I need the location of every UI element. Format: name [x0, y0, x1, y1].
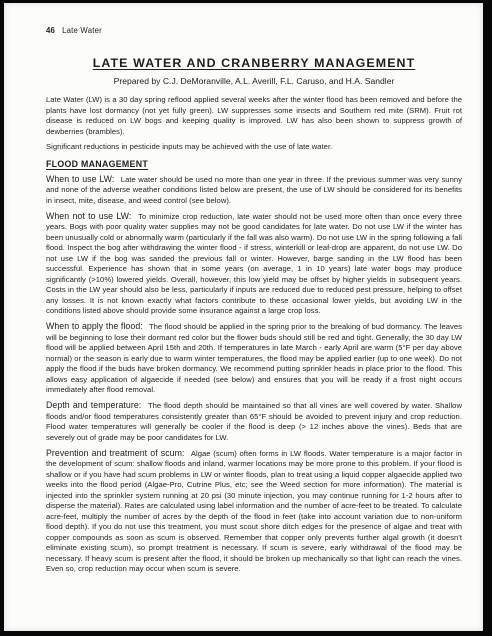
intro-paragraph: Late Water (LW) is a 30 day spring reflo…	[46, 95, 462, 137]
paragraph-lead: Prevention and treatment of scum:	[46, 448, 185, 458]
paragraph-when-to-use-lw: When to use LW: Late water should be use…	[46, 174, 462, 207]
chapter-title: Late Water	[62, 26, 102, 35]
paragraph-prevention-treatment-scum: Prevention and treatment of scum: Algae …	[46, 448, 462, 575]
paragraph-text: The flood should be applied in the sprin…	[46, 322, 462, 394]
section-heading-flood-management: FLOOD MANAGEMENT	[46, 159, 462, 169]
document-page: 46Late Water LATE WATER AND CRANBERRY MA…	[4, 3, 483, 631]
paragraph-lead: When not to use LW:	[46, 211, 131, 221]
paragraph-lead: When to apply the flood:	[46, 321, 143, 331]
scanned-page-background: 46Late Water LATE WATER AND CRANBERRY MA…	[0, 0, 492, 636]
document-title: LATE WATER AND CRANBERRY MANAGEMENT	[46, 56, 462, 70]
intro-paragraph: Significant reductions in pesticide inpu…	[46, 142, 462, 153]
paragraph-depth-and-temperature: Depth and temperature: The flood depth s…	[46, 400, 462, 443]
byline: Prepared by C.J. DeMoranville, A.L. Aver…	[46, 76, 462, 86]
page-header: 46Late Water	[46, 26, 462, 35]
paragraph-text: To minimize crop reduction, late water s…	[46, 212, 462, 316]
paragraph-lead: When to use LW:	[46, 174, 114, 184]
paragraph-text: Algae (scum) often forms in LW floods. W…	[46, 449, 462, 574]
paragraph-when-not-to-use-lw: When not to use LW: To minimize crop red…	[46, 211, 462, 317]
paragraph-lead: Depth and temperature:	[46, 400, 141, 410]
page-number: 46	[46, 26, 55, 35]
paragraph-when-to-apply-flood: When to apply the flood: The flood shoul…	[46, 321, 462, 396]
